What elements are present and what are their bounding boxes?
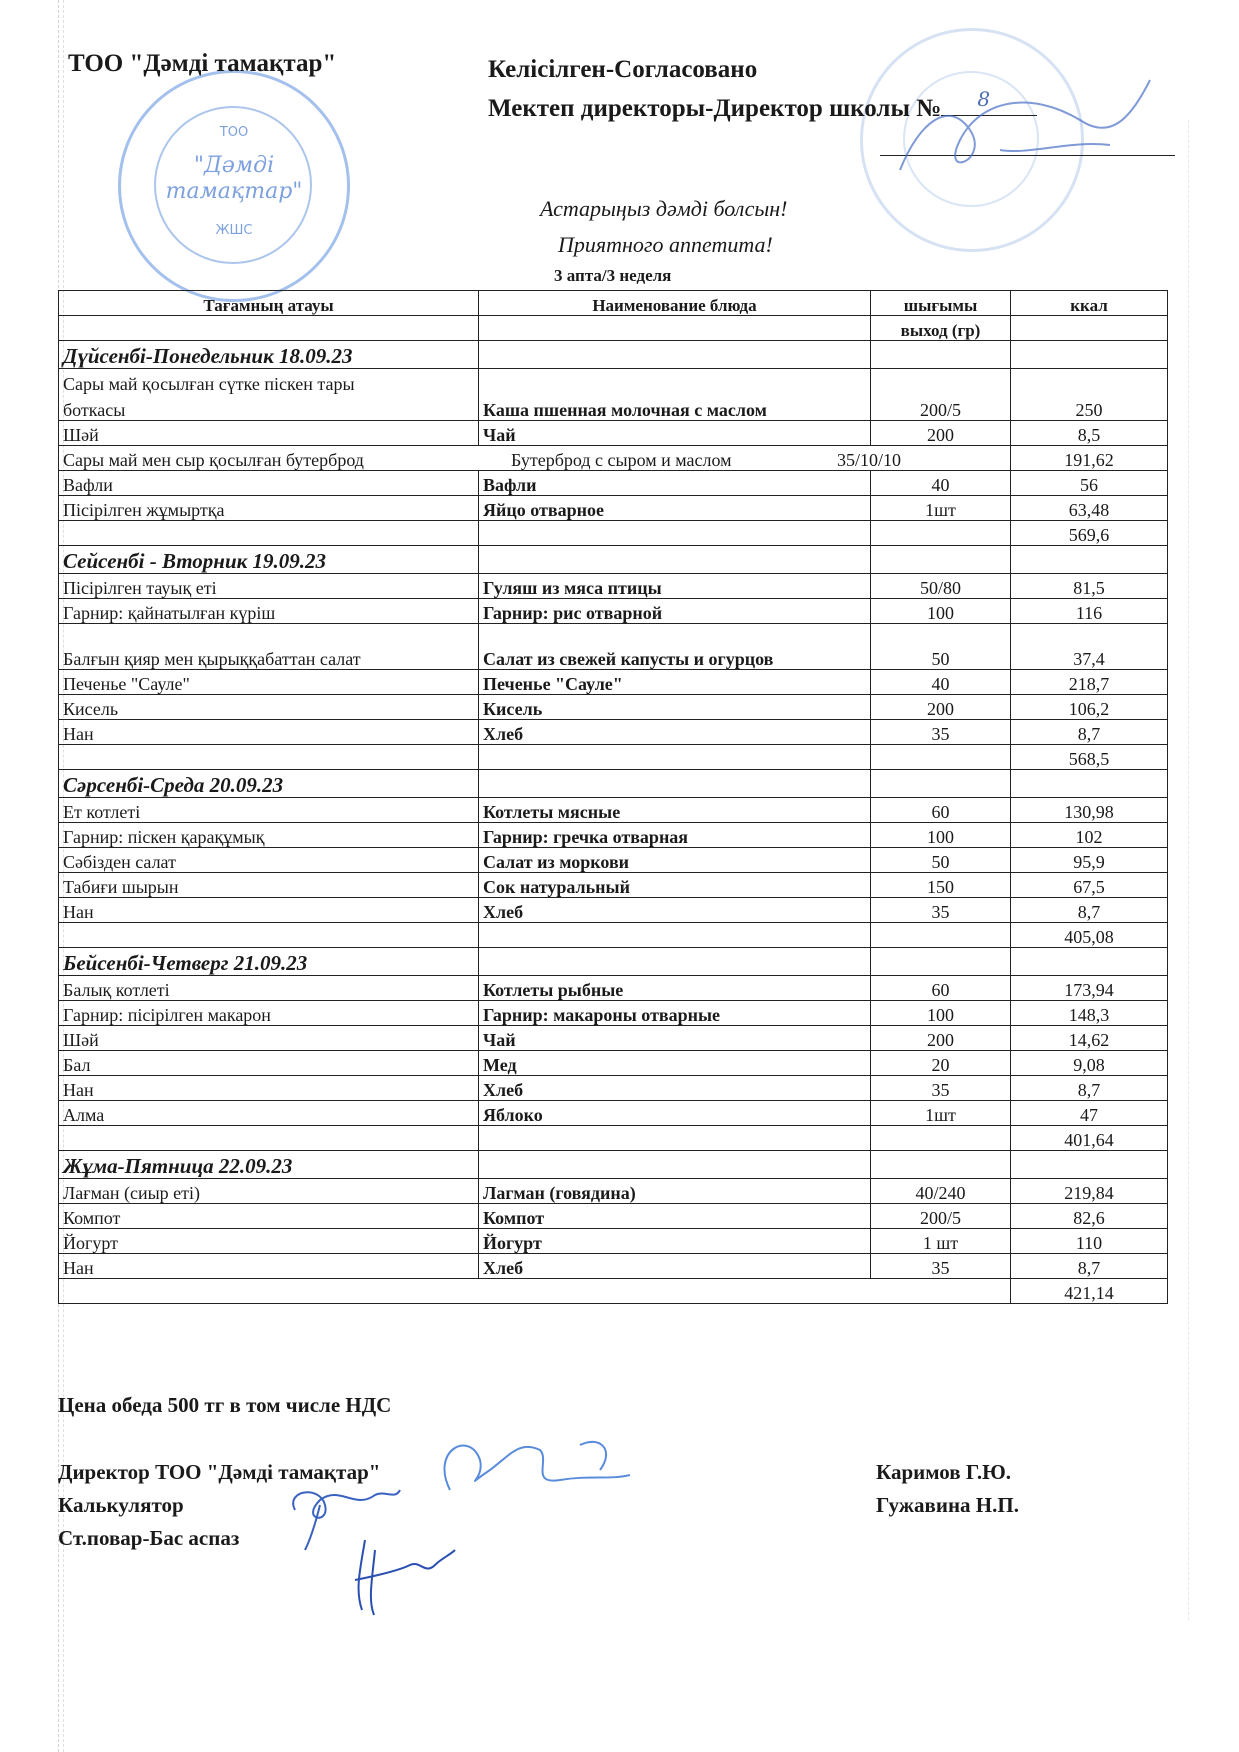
director-title: Мектеп директоры-Директор школы № bbox=[488, 95, 941, 122]
dish-kz-text: Гарнир: пісірілген макарон bbox=[63, 1005, 271, 1026]
table-row: Печенье "Сауле"Печенье "Сауле"40218,7 bbox=[58, 669, 1168, 695]
dish-kz-line1: Сары май қосылған сүтке піскен тары bbox=[63, 374, 355, 395]
dish-kcal-text: 47 bbox=[1011, 1105, 1167, 1126]
dish-ru-text: Салат из моркови bbox=[483, 852, 629, 873]
dish-kcal-text: 82,6 bbox=[1011, 1208, 1167, 1229]
table-row: Пісірілген жұмыртқаЯйцо отварное1шт63,48 bbox=[58, 495, 1168, 521]
dish-ru: Мед bbox=[478, 1051, 870, 1076]
dish-yield-text: 1шт bbox=[871, 1105, 1010, 1126]
empty-cell bbox=[478, 1126, 870, 1151]
day-total-kcal: 568,5 bbox=[1010, 745, 1168, 770]
dish-ru: Гарнир: гречка отварная bbox=[478, 823, 870, 848]
dish-yield: 200/5 bbox=[870, 369, 1010, 421]
dish-ru: Лагман (говядина) bbox=[478, 1179, 870, 1204]
dish-ru: Хлеб bbox=[478, 898, 870, 923]
day-title: Жұма-Пятница 22.09.23 bbox=[58, 1151, 478, 1179]
dish-kcal: 106,2 bbox=[1010, 695, 1168, 720]
agreed-label: Келісілген-Согласовано bbox=[488, 56, 757, 84]
week-label: 3 апта/3 неделя bbox=[554, 266, 671, 286]
dish-kz-text: Нан bbox=[63, 902, 94, 923]
dish-ru-text: Хлеб bbox=[483, 1258, 523, 1279]
dish-kcal-text: 9,08 bbox=[1011, 1055, 1167, 1076]
signatory-role-chef: Ст.повар-Бас аспаз bbox=[58, 1526, 239, 1551]
dish-yield-text: 50 bbox=[871, 649, 1010, 670]
day-header-row: Жұма-Пятница 22.09.23 bbox=[58, 1150, 1168, 1179]
dish-kz: Шәй bbox=[58, 1026, 478, 1051]
dish-yield-text: 35 bbox=[871, 724, 1010, 745]
dish-ru: Яблоко bbox=[478, 1101, 870, 1126]
dish-kcal-text: 81,5 bbox=[1011, 578, 1167, 599]
dish-ru: Хлеб bbox=[478, 1254, 870, 1279]
table-row: Гарнир: пісірілген макаронГарнир: макаро… bbox=[58, 1000, 1168, 1026]
empty-cell bbox=[870, 923, 1010, 948]
empty-cell bbox=[478, 341, 870, 369]
dish-kz: Балық котлеті bbox=[58, 976, 478, 1001]
dish-kcal-text: 219,84 bbox=[1011, 1183, 1167, 1204]
day-total-kcal-text: 401,64 bbox=[1011, 1130, 1167, 1151]
dish-kz: Сары май қосылған сүтке піскен тарыботка… bbox=[58, 369, 478, 421]
empty-cell bbox=[478, 948, 870, 976]
dish-ru: Сок натуральный bbox=[478, 873, 870, 898]
dish-yield-text: 1 шт bbox=[871, 1233, 1010, 1254]
dish-kz: Алма bbox=[58, 1101, 478, 1126]
day-header-row: Дүйсенбі-Понедельник 18.09.23 bbox=[58, 340, 1168, 369]
day-total-row: 421,14 bbox=[58, 1278, 1168, 1304]
dish-yield: 1шт bbox=[870, 1101, 1010, 1126]
table-row: Пісірілген тауық етіГуляш из мяса птицы5… bbox=[58, 573, 1168, 599]
dish-kz: Нан bbox=[58, 1076, 478, 1101]
dish-ru-text: Салат из свежей капусты и огурцов bbox=[483, 649, 773, 670]
dish-yield: 100 bbox=[870, 599, 1010, 624]
col-header-kcal-text: ккал bbox=[1011, 296, 1167, 316]
col-header-ru: Наименование блюда bbox=[478, 291, 870, 316]
table-row: ВафлиВафли4056 bbox=[58, 470, 1168, 496]
dish-kcal-text: 67,5 bbox=[1011, 877, 1167, 898]
dish-ru: Котлеты мясные bbox=[478, 798, 870, 823]
dish-kz-text: Сәбізден салат bbox=[63, 852, 176, 873]
dish-kz: Балғын қияр мен қырыққабаттан салат bbox=[58, 624, 478, 670]
dish-ru: Хлеб bbox=[478, 1076, 870, 1101]
dish-ru-text: Каша пшенная молочная с маслом bbox=[483, 400, 767, 421]
dish-kcal: 37,4 bbox=[1010, 624, 1168, 670]
dish-kcal: 67,5 bbox=[1010, 873, 1168, 898]
dish-kcal: 82,6 bbox=[1010, 1204, 1168, 1229]
dish-yield: 40/240 bbox=[870, 1179, 1010, 1204]
empty-cell bbox=[478, 770, 870, 798]
dish-ru: Чай bbox=[478, 1026, 870, 1051]
dish-ru-text: Хлеб bbox=[483, 902, 523, 923]
dish-kcal-text: 191,62 bbox=[1011, 450, 1167, 471]
dish-ru-text: Гуляш из мяса птицы bbox=[483, 578, 662, 599]
dish-yield: 35 bbox=[870, 1254, 1010, 1279]
dish-kz: Гарнир: қайнатылған күріш bbox=[58, 599, 478, 624]
dish-kz: Пісірілген тауық еті bbox=[58, 574, 478, 599]
dish-kcal: 81,5 bbox=[1010, 574, 1168, 599]
table-row: Ет котлетіКотлеты мясные60130,98 bbox=[58, 797, 1168, 823]
dish-yield: 200 bbox=[870, 695, 1010, 720]
dish-yield: 35 bbox=[870, 720, 1010, 745]
stamp-text-name1: "Дәмді bbox=[121, 153, 347, 178]
dish-ru: Гарнир: рис отварной bbox=[478, 599, 870, 624]
dish-yield-text: 200 bbox=[871, 699, 1010, 720]
scan-artifact bbox=[1188, 120, 1193, 1620]
empty-cell bbox=[870, 546, 1010, 574]
dish-kcal-text: 130,98 bbox=[1011, 802, 1167, 823]
day-total-row: 568,5 bbox=[58, 744, 1168, 770]
dish-kcal: 173,94 bbox=[1010, 976, 1168, 1001]
dish-ru: Котлеты рыбные bbox=[478, 976, 870, 1001]
empty-cell bbox=[478, 1151, 870, 1179]
dish-ru-text: Печенье "Сауле" bbox=[483, 674, 623, 695]
table-row: БалМед209,08 bbox=[58, 1050, 1168, 1076]
dish-yield: 20 bbox=[870, 1051, 1010, 1076]
dish-ru: Каша пшенная молочная с маслом bbox=[478, 369, 870, 421]
dish-yield-text: 150 bbox=[871, 877, 1010, 898]
dish-kcal-text: 148,3 bbox=[1011, 1005, 1167, 1026]
dish-kz: Печенье "Сауле" bbox=[58, 670, 478, 695]
dish-yield-text: 50/80 bbox=[871, 578, 1010, 599]
dish-kz-text: Гарнир: піскен қарақұмық bbox=[63, 827, 264, 848]
director-signature bbox=[880, 60, 1170, 190]
col-header-ru-text: Наименование блюда bbox=[479, 296, 870, 316]
dish-kcal-text: 8,7 bbox=[1011, 1258, 1167, 1279]
table-bottom-border bbox=[58, 1303, 1168, 1304]
table-row: Балық котлетіКотлеты рыбные60173,94 bbox=[58, 975, 1168, 1001]
dish-yield-text: 35 bbox=[871, 902, 1010, 923]
dish-ru-text: Кисель bbox=[483, 699, 542, 720]
dish-yield: 50 bbox=[870, 848, 1010, 873]
dish-ru-text: Сок натуральный bbox=[483, 877, 630, 898]
dish-yield-text: 100 bbox=[871, 1005, 1010, 1026]
table-row: НанХлеб358,7 bbox=[58, 1253, 1168, 1279]
empty-cell bbox=[1010, 948, 1168, 976]
empty-cell bbox=[58, 745, 478, 770]
dish-ru-text: Компот bbox=[483, 1208, 544, 1229]
dish-kz-line2: боткасы bbox=[63, 400, 125, 421]
dish-yield-text: 35 bbox=[871, 1080, 1010, 1101]
table-header-row-2: выход (гр) bbox=[58, 315, 1168, 341]
table-header-row: Тағамның атауыНаименование блюдашығымыкк… bbox=[58, 290, 1168, 316]
dish-yield: 40 bbox=[870, 471, 1010, 496]
day-total-kcal-text: 569,6 bbox=[1011, 525, 1167, 546]
dish-ru-text: Гарнир: макароны отварные bbox=[483, 1005, 720, 1026]
dish-yield-text: 200 bbox=[871, 425, 1010, 446]
dish-kcal: 219,84 bbox=[1010, 1179, 1168, 1204]
dish-kz: Лағман (сиыр еті) bbox=[58, 1179, 478, 1204]
dish-kcal-text: 56 bbox=[1011, 475, 1167, 496]
dish-kz: Компот bbox=[58, 1204, 478, 1229]
dish-ru: Гарнир: макароны отварные bbox=[478, 1001, 870, 1026]
dish-yield-text: 40 bbox=[871, 674, 1010, 695]
dish-merged: Сары май мен сыр қосылған бутербродБутер… bbox=[58, 446, 1010, 471]
lunch-price: Цена обеда 500 тг в том числе НДС bbox=[58, 1393, 391, 1418]
dish-kcal: 218,7 bbox=[1010, 670, 1168, 695]
dish-ru: Яйцо отварное bbox=[478, 496, 870, 521]
dish-kcal: 250 bbox=[1010, 369, 1168, 421]
dish-kcal-text: 8,7 bbox=[1011, 902, 1167, 923]
dish-kcal-text: 250 bbox=[1011, 400, 1167, 421]
dish-kcal-text: 8,7 bbox=[1011, 724, 1167, 745]
empty-cell bbox=[1010, 316, 1168, 341]
dish-kcal-text: 106,2 bbox=[1011, 699, 1167, 720]
dish-kcal: 8,7 bbox=[1010, 898, 1168, 923]
dish-kz-text: Бал bbox=[63, 1055, 90, 1076]
day-total-row: 569,6 bbox=[58, 520, 1168, 546]
dish-kcal-text: 110 bbox=[1011, 1233, 1167, 1254]
day-total-kcal: 405,08 bbox=[1010, 923, 1168, 948]
dish-ru-text: Вафли bbox=[483, 475, 536, 496]
day-title: Сейсенбі - Вторник 19.09.23 bbox=[58, 546, 478, 574]
dish-kcal-text: 173,94 bbox=[1011, 980, 1167, 1001]
day-total-row: 401,64 bbox=[58, 1125, 1168, 1151]
dish-ru-text: Йогурт bbox=[483, 1233, 542, 1254]
dish-kz: Сәбізден салат bbox=[58, 848, 478, 873]
empty-cell bbox=[58, 1279, 1010, 1304]
empty-cell bbox=[1010, 770, 1168, 798]
dish-kcal: 148,3 bbox=[1010, 1001, 1168, 1026]
dish-kz-text: Алма bbox=[63, 1105, 104, 1126]
col-header-yield-ru: выход (гр) bbox=[870, 316, 1010, 341]
empty-cell bbox=[870, 1126, 1010, 1151]
dish-ru: Вафли bbox=[478, 471, 870, 496]
dish-yield: 200/5 bbox=[870, 1204, 1010, 1229]
day-title-text: Сейсенбі - Вторник 19.09.23 bbox=[63, 549, 326, 574]
dish-kz: Нан bbox=[58, 720, 478, 745]
dish-kcal-text: 95,9 bbox=[1011, 852, 1167, 873]
empty-cell bbox=[478, 546, 870, 574]
dish-yield: 150 bbox=[870, 873, 1010, 898]
dish-ru-text: Чай bbox=[483, 425, 516, 446]
empty-cell bbox=[58, 316, 478, 341]
dish-ru: Чай bbox=[478, 421, 870, 446]
dish-yield-text: 100 bbox=[871, 603, 1010, 624]
dish-yield-text: 100 bbox=[871, 827, 1010, 848]
dish-kz: Нан bbox=[58, 898, 478, 923]
day-total-kcal-text: 405,08 bbox=[1011, 927, 1167, 948]
stamp-text-top: ТОО bbox=[121, 125, 347, 140]
dish-kz-text: Кисель bbox=[63, 699, 118, 720]
col-header-kcal: ккал bbox=[1010, 291, 1168, 316]
dish-ru-text: Хлеб bbox=[483, 1080, 523, 1101]
signatory-name-calculator: Гужавина Н.П. bbox=[876, 1493, 1019, 1518]
table-row: НанХлеб358,7 bbox=[58, 719, 1168, 745]
dish-kz-text: Нан bbox=[63, 724, 94, 745]
empty-cell bbox=[1010, 1151, 1168, 1179]
dish-yield: 35 bbox=[870, 898, 1010, 923]
day-title: Сәрсенбі-Среда 20.09.23 bbox=[58, 770, 478, 798]
col-header-yield-text: шығымы bbox=[871, 296, 1010, 316]
dish-ru: Компот bbox=[478, 1204, 870, 1229]
dish-kz-text: Ет котлеті bbox=[63, 802, 140, 823]
table-row: НанХлеб358,7 bbox=[58, 897, 1168, 923]
table-row: КомпотКомпот200/582,6 bbox=[58, 1203, 1168, 1229]
dish-kz: Гарнир: пісірілген макарон bbox=[58, 1001, 478, 1026]
dish-kz: Сары май мен сыр қосылған бутерброд bbox=[63, 450, 364, 471]
day-total-kcal: 421,14 bbox=[1010, 1279, 1168, 1304]
table-row: Сары май қосылған сүтке піскен тарыботка… bbox=[58, 368, 1168, 421]
dish-yield-text: 20 bbox=[871, 1055, 1010, 1076]
dish-yield: 1 шт bbox=[870, 1229, 1010, 1254]
dish-kz-text: Печенье "Сауле" bbox=[63, 674, 190, 695]
dish-kcal-text: 8,7 bbox=[1011, 1080, 1167, 1101]
company-name: ТОО "Дәмді тамақтар" bbox=[68, 50, 336, 78]
dish-kcal-text: 116 bbox=[1011, 603, 1167, 624]
dish-kz-text: Гарнир: қайнатылған күріш bbox=[63, 603, 275, 624]
dish-kcal: 8,7 bbox=[1010, 1254, 1168, 1279]
day-total-kcal: 569,6 bbox=[1010, 521, 1168, 546]
empty-cell bbox=[478, 316, 870, 341]
dish-yield: 35/10/10 bbox=[837, 450, 901, 471]
day-title: Бейсенбі-Четверг 21.09.23 bbox=[58, 948, 478, 976]
dish-kz: Кисель bbox=[58, 695, 478, 720]
dish-kz: Нан bbox=[58, 1254, 478, 1279]
dish-kcal-text: 102 bbox=[1011, 827, 1167, 848]
empty-cell bbox=[58, 1126, 478, 1151]
table-row: Гарнир: піскен қарақұмықГарнир: гречка о… bbox=[58, 822, 1168, 848]
dish-yield-text: 60 bbox=[871, 980, 1010, 1001]
dish-kz-text: Йогурт bbox=[63, 1233, 118, 1254]
dish-kcal-text: 37,4 bbox=[1011, 649, 1167, 670]
col-header-kz-text: Тағамның атауы bbox=[59, 296, 478, 316]
table-row: АлмаЯблоко1шт47 bbox=[58, 1100, 1168, 1126]
day-header-row: Сейсенбі - Вторник 19.09.23 bbox=[58, 545, 1168, 574]
dish-kcal: 47 bbox=[1010, 1101, 1168, 1126]
dish-yield: 100 bbox=[870, 823, 1010, 848]
day-title: Дүйсенбі-Понедельник 18.09.23 bbox=[58, 341, 478, 369]
dish-kz: Вафли bbox=[58, 471, 478, 496]
dish-kcal: 8,7 bbox=[1010, 1076, 1168, 1101]
dish-kz: Бал bbox=[58, 1051, 478, 1076]
table-row: КисельКисель200106,2 bbox=[58, 694, 1168, 720]
table-row: Сары май мен сыр қосылған бутербродБутер… bbox=[58, 445, 1168, 471]
dish-kz-text: Шәй bbox=[63, 425, 99, 446]
table-row: Гарнир: қайнатылған күрішГарнир: рис отв… bbox=[58, 598, 1168, 624]
dish-ru-text: Чай bbox=[483, 1030, 516, 1051]
dish-kcal-text: 14,62 bbox=[1011, 1030, 1167, 1051]
dish-kz: Гарнир: піскен қарақұмық bbox=[58, 823, 478, 848]
dish-ru: Салат из моркови bbox=[478, 848, 870, 873]
dish-kcal: 8,7 bbox=[1010, 720, 1168, 745]
table-row: Лағман (сиыр еті)Лагман (говядина)40/240… bbox=[58, 1178, 1168, 1204]
table-row: НанХлеб358,7 bbox=[58, 1075, 1168, 1101]
dish-ru: Хлеб bbox=[478, 720, 870, 745]
empty-cell bbox=[1010, 341, 1168, 369]
col-header-kz: Тағамның атауы bbox=[58, 291, 478, 316]
dish-ru-text: Мед bbox=[483, 1055, 517, 1076]
day-total-row: 405,08 bbox=[58, 922, 1168, 948]
dish-kcal: 8,5 bbox=[1010, 421, 1168, 446]
col-header-yield-ru-text: выход (гр) bbox=[871, 321, 1010, 341]
dish-ru-text: Гарнир: гречка отварная bbox=[483, 827, 688, 848]
dish-yield-text: 60 bbox=[871, 802, 1010, 823]
dish-yield-text: 35 bbox=[871, 1258, 1010, 1279]
dish-kcal: 191,62 bbox=[1010, 446, 1168, 471]
empty-cell bbox=[870, 770, 1010, 798]
dish-ru: Печенье "Сауле" bbox=[478, 670, 870, 695]
empty-cell bbox=[870, 521, 1010, 546]
dish-kcal: 110 bbox=[1010, 1229, 1168, 1254]
day-total-kcal-text: 568,5 bbox=[1011, 749, 1167, 770]
empty-cell bbox=[870, 1151, 1010, 1179]
dish-yield: 50 bbox=[870, 624, 1010, 670]
dish-ru: Гуляш из мяса птицы bbox=[478, 574, 870, 599]
dish-yield: 60 bbox=[870, 976, 1010, 1001]
empty-cell bbox=[58, 923, 478, 948]
table-row: Балғын қияр мен қырыққабаттан салатСалат… bbox=[58, 623, 1168, 670]
dish-yield-text: 1шт bbox=[871, 500, 1010, 521]
dish-yield-text: 50 bbox=[871, 852, 1010, 873]
table-row: ШәйЧай20014,62 bbox=[58, 1025, 1168, 1051]
dish-kcal-text: 63,48 bbox=[1011, 500, 1167, 521]
dish-kz-text: Вафли bbox=[63, 475, 113, 496]
dish-kz-text: Нан bbox=[63, 1258, 94, 1279]
dish-kz-text: Пісірілген тауық еті bbox=[63, 578, 217, 599]
dish-kz: Табиғи шырын bbox=[58, 873, 478, 898]
signatory-role-calculator: Калькулятор bbox=[58, 1493, 184, 1518]
dish-kcal-text: 8,5 bbox=[1011, 425, 1167, 446]
dish-ru-text: Яблоко bbox=[483, 1105, 543, 1126]
dish-kcal-text: 218,7 bbox=[1011, 674, 1167, 695]
dish-kz-text: Табиғи шырын bbox=[63, 877, 179, 898]
day-title-text: Жұма-Пятница 22.09.23 bbox=[63, 1154, 292, 1179]
dish-kcal: 63,48 bbox=[1010, 496, 1168, 521]
table-row: ЙогуртЙогурт1 шт110 bbox=[58, 1228, 1168, 1254]
dish-yield: 200 bbox=[870, 421, 1010, 446]
empty-cell bbox=[1010, 546, 1168, 574]
dish-ru: Салат из свежей капусты и огурцов bbox=[478, 624, 870, 670]
dish-kz: Пісірілген жұмыртқа bbox=[58, 496, 478, 521]
dish-yield: 60 bbox=[870, 798, 1010, 823]
dish-kcal: 14,62 bbox=[1010, 1026, 1168, 1051]
empty-cell bbox=[478, 923, 870, 948]
dish-kz-text: Лағман (сиыр еті) bbox=[63, 1183, 200, 1204]
day-title-text: Дүйсенбі-Понедельник 18.09.23 bbox=[63, 344, 352, 369]
stamp-text-bottom: ЖШС bbox=[121, 223, 347, 238]
dish-ru: Кисель bbox=[478, 695, 870, 720]
empty-cell bbox=[58, 521, 478, 546]
director-company-signature bbox=[430, 1430, 650, 1520]
dish-kz-text: Шәй bbox=[63, 1030, 99, 1051]
dish-kcal: 102 bbox=[1010, 823, 1168, 848]
dish-kcal: 9,08 bbox=[1010, 1051, 1168, 1076]
dish-yield-text: 200 bbox=[871, 1030, 1010, 1051]
dish-yield-text: 200/5 bbox=[871, 1208, 1010, 1229]
day-header-row: Сәрсенбі-Среда 20.09.23 bbox=[58, 769, 1168, 798]
table-row: ШәйЧай2008,5 bbox=[58, 420, 1168, 446]
dish-ru-text: Котлеты рыбные bbox=[483, 980, 623, 1001]
chef-signature bbox=[350, 1530, 460, 1620]
company-stamp: ТОО "Дәмді тамақтар" ЖШС bbox=[118, 70, 350, 302]
dish-kz-text: Пісірілген жұмыртқа bbox=[63, 500, 225, 521]
dish-ru-text: Хлеб bbox=[483, 724, 523, 745]
greeting-ru: Приятного аппетита! bbox=[558, 232, 773, 258]
dish-kz: Шәй bbox=[58, 421, 478, 446]
dish-ru-text: Котлеты мясные bbox=[483, 802, 620, 823]
dish-kcal: 116 bbox=[1010, 599, 1168, 624]
dish-yield: 40 bbox=[870, 670, 1010, 695]
empty-cell bbox=[870, 341, 1010, 369]
empty-cell bbox=[478, 745, 870, 770]
day-total-kcal: 401,64 bbox=[1010, 1126, 1168, 1151]
dish-kz-text: Нан bbox=[63, 1080, 94, 1101]
dish-kz: Ет котлеті bbox=[58, 798, 478, 823]
dish-ru: Бутерброд с сыром и маслом bbox=[511, 450, 732, 471]
dish-ru-text: Яйцо отварное bbox=[483, 500, 604, 521]
dish-yield: 100 bbox=[870, 1001, 1010, 1026]
dish-kz: Йогурт bbox=[58, 1229, 478, 1254]
empty-cell bbox=[870, 948, 1010, 976]
dish-ru-text: Лагман (говядина) bbox=[483, 1183, 636, 1204]
